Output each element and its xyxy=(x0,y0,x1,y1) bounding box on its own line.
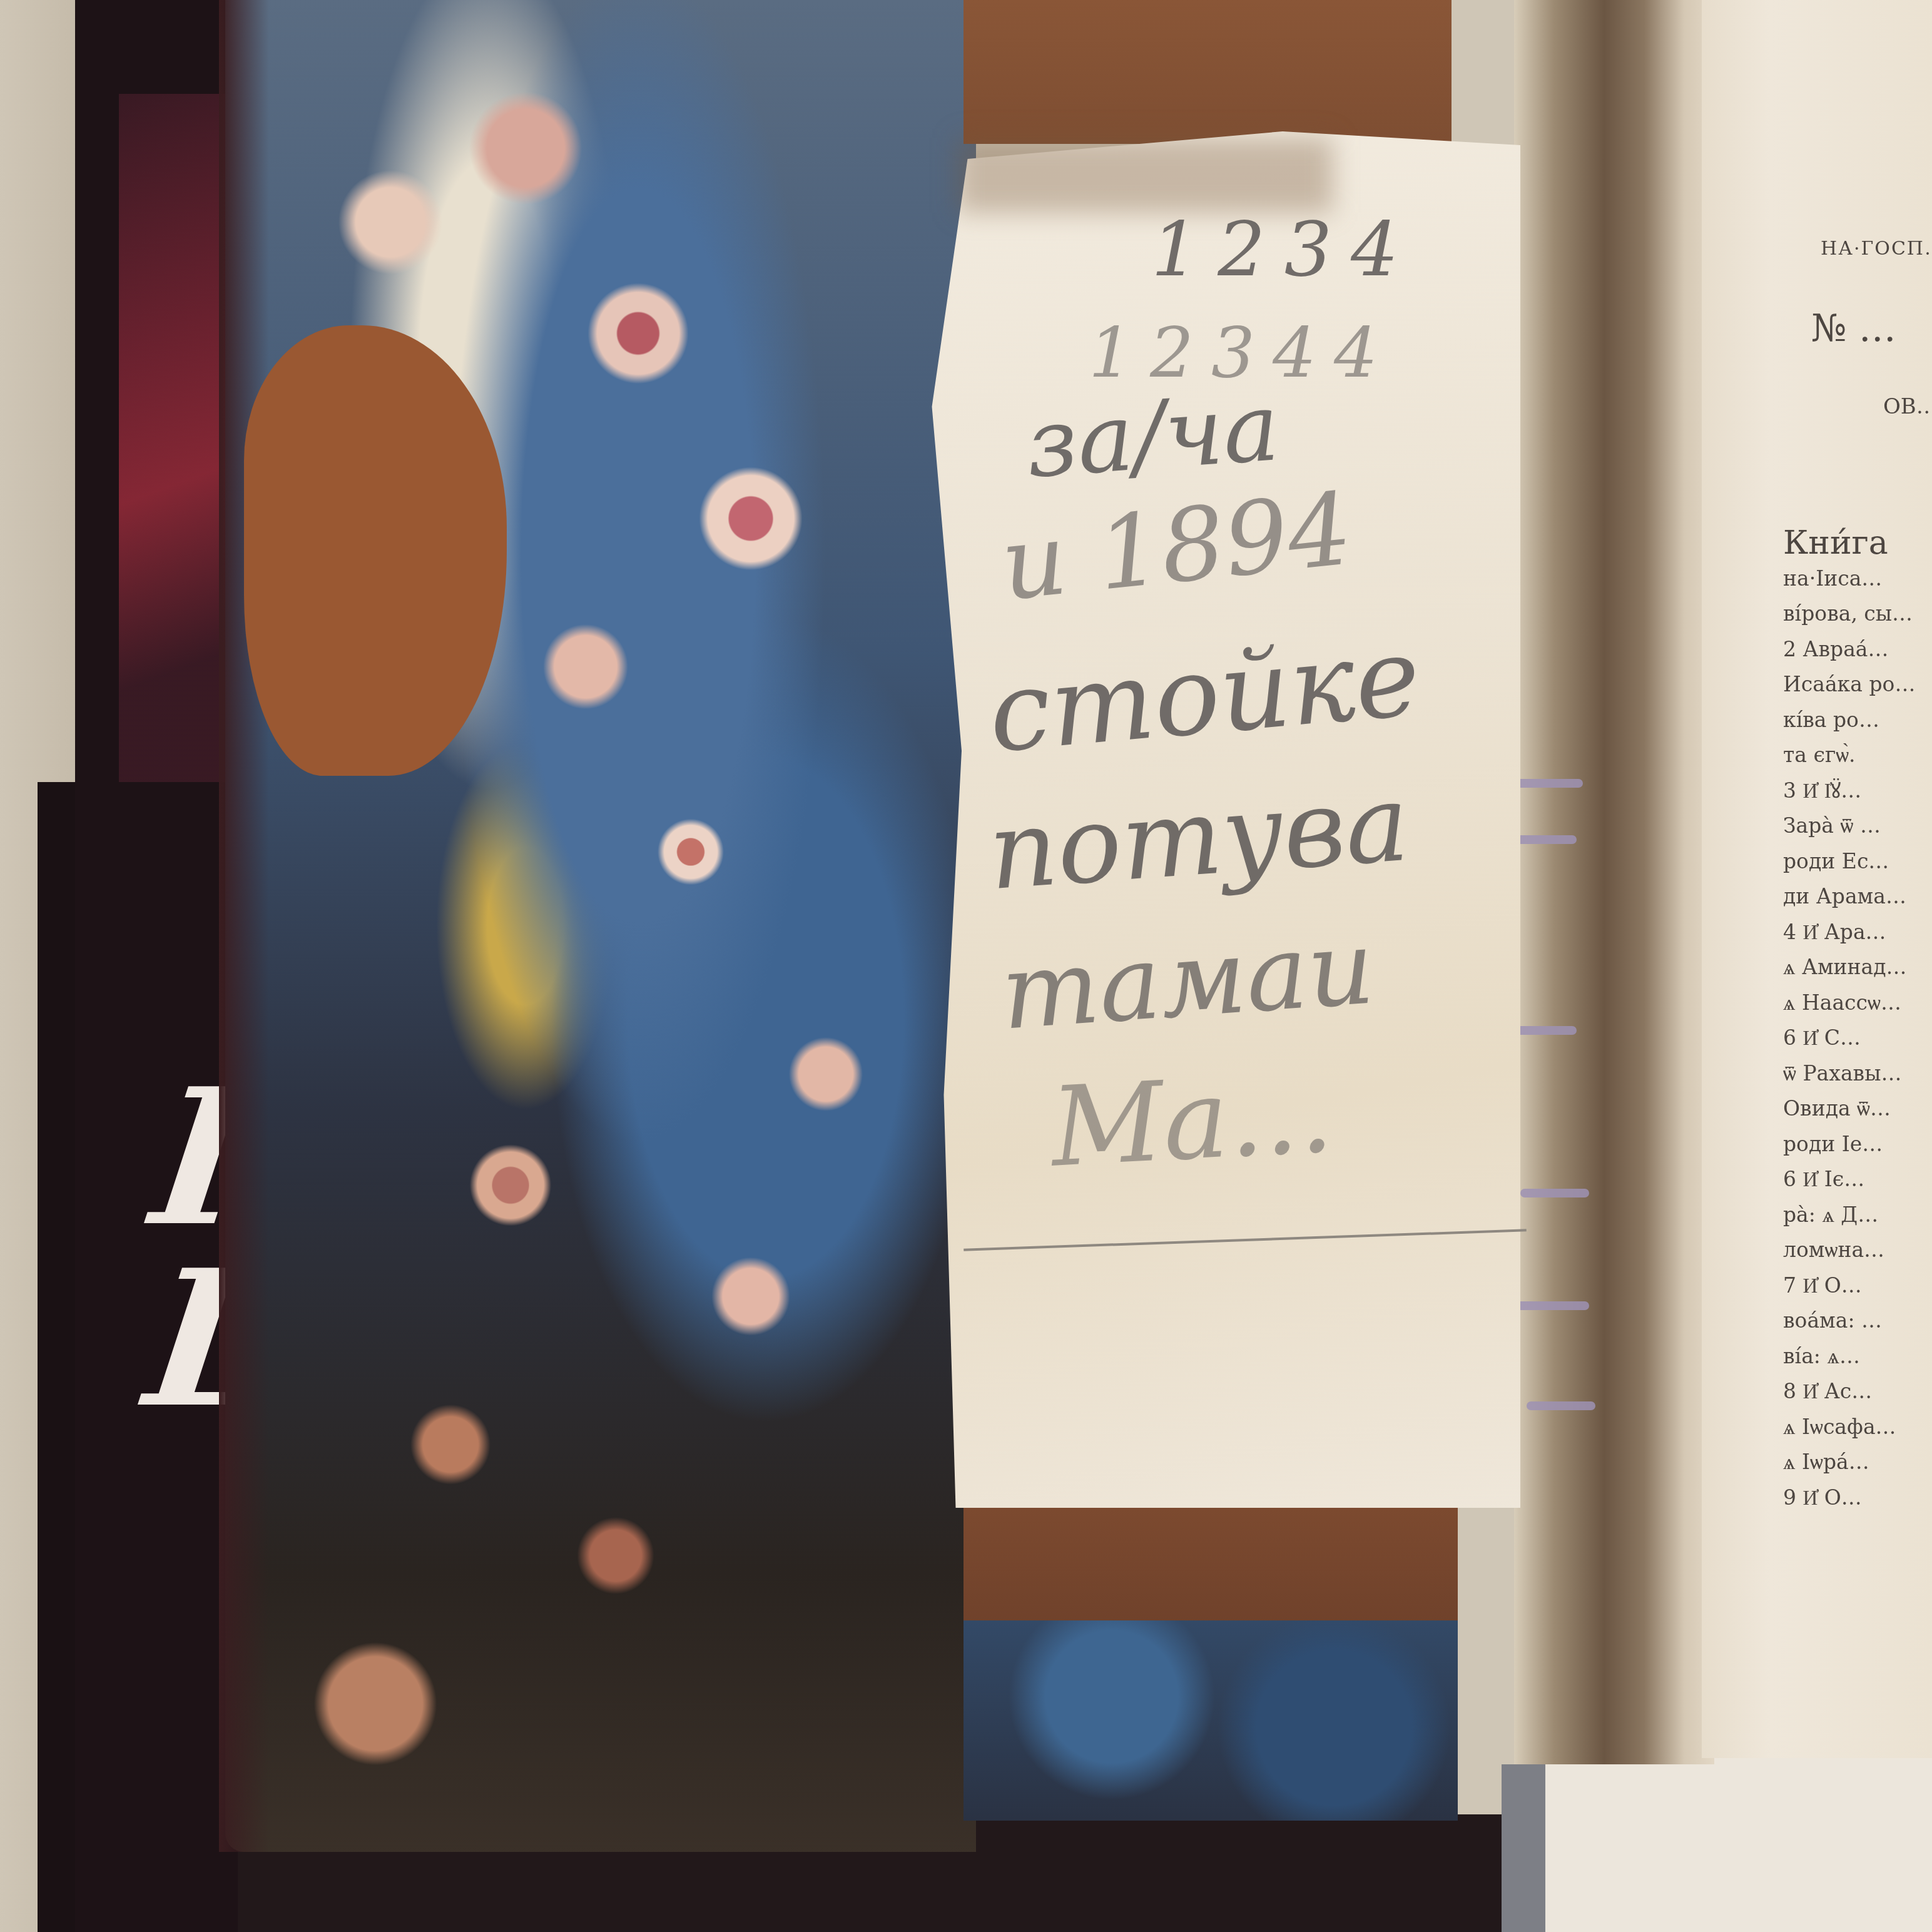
text-line: 6 И҆ С… xyxy=(1783,1020,1932,1056)
exposed-leather-patch xyxy=(244,325,507,776)
binding-thread xyxy=(1520,1189,1589,1197)
text-line: Исаа́ка ро… xyxy=(1783,667,1932,703)
text-line: та єгѡ̀. xyxy=(1783,738,1932,773)
text-line: ѧ Iѡра́… xyxy=(1783,1445,1932,1480)
text-line: 3 И҆ І҆ꙋ̈… xyxy=(1783,773,1932,809)
printed-text-body: Кни́га на·Іисa… ві́рова, сы… 2 Аврaа́… И… xyxy=(1783,526,1932,1515)
pencil-numbers-1: 1234 xyxy=(1151,206,1417,293)
leather-strip-bottom xyxy=(963,1489,1458,1620)
text-line: воа́ма: … xyxy=(1783,1303,1932,1339)
text-line: на·Іисa… xyxy=(1783,561,1932,597)
text-line: ра̀: ѧ Д… xyxy=(1783,1197,1932,1233)
book-spine-gutter xyxy=(1514,0,1714,1764)
endpaper-stain xyxy=(957,138,1333,213)
text-line: 6 И҆ Iє… xyxy=(1783,1162,1932,1197)
text-line: 8 И҆ Ас… xyxy=(1783,1374,1932,1410)
text-line: ди Арама… xyxy=(1783,879,1932,915)
page-header-line: ОВ… xyxy=(1883,394,1932,419)
text-line: Овида ѿ… xyxy=(1783,1091,1932,1127)
text-line: 9 И҆ О… xyxy=(1783,1480,1932,1516)
text-line: 4 И҆ Ара… xyxy=(1783,915,1932,950)
page-header-line: НА·ГОСП… xyxy=(1821,238,1932,260)
text-line: 2 Аврaа́… xyxy=(1783,632,1932,668)
text-line: роди Ес… xyxy=(1783,844,1932,880)
text-line: ві́рова, сы… xyxy=(1783,596,1932,632)
text-line: кі́вa ро… xyxy=(1783,703,1932,738)
white-board xyxy=(1545,1758,1932,1932)
marbled-strip-bottom xyxy=(963,1614,1458,1821)
drop-word: Кни́га xyxy=(1783,526,1932,561)
cover-edge-shadow xyxy=(219,0,269,1852)
binding-thread xyxy=(1527,1401,1595,1410)
text-line: 7 И҆ О… xyxy=(1783,1268,1932,1304)
grey-board-edge xyxy=(1502,1764,1545,1932)
leather-strip-top xyxy=(963,0,1452,144)
text-line: роди Ie… xyxy=(1783,1127,1932,1162)
text-line: ѿ Рахавы… xyxy=(1783,1056,1932,1092)
binding-thread xyxy=(1514,1301,1589,1310)
text-line: ѧ Наассѡ… xyxy=(1783,985,1932,1021)
text-line: ломѡна… xyxy=(1783,1233,1932,1268)
text-line: вíа: ѧ… xyxy=(1783,1339,1932,1375)
text-line: Зара̀ ѿ … xyxy=(1783,808,1932,844)
pencil-inscription-line: Ма... xyxy=(1048,1050,1336,1191)
text-line: ѧ Аминад… xyxy=(1783,950,1932,985)
binding-thread xyxy=(1514,1026,1577,1035)
marbled-cover-board xyxy=(225,0,976,1852)
page-header-number: № … xyxy=(1811,307,1896,350)
text-line: ѧ Iѡсафа… xyxy=(1783,1410,1932,1445)
